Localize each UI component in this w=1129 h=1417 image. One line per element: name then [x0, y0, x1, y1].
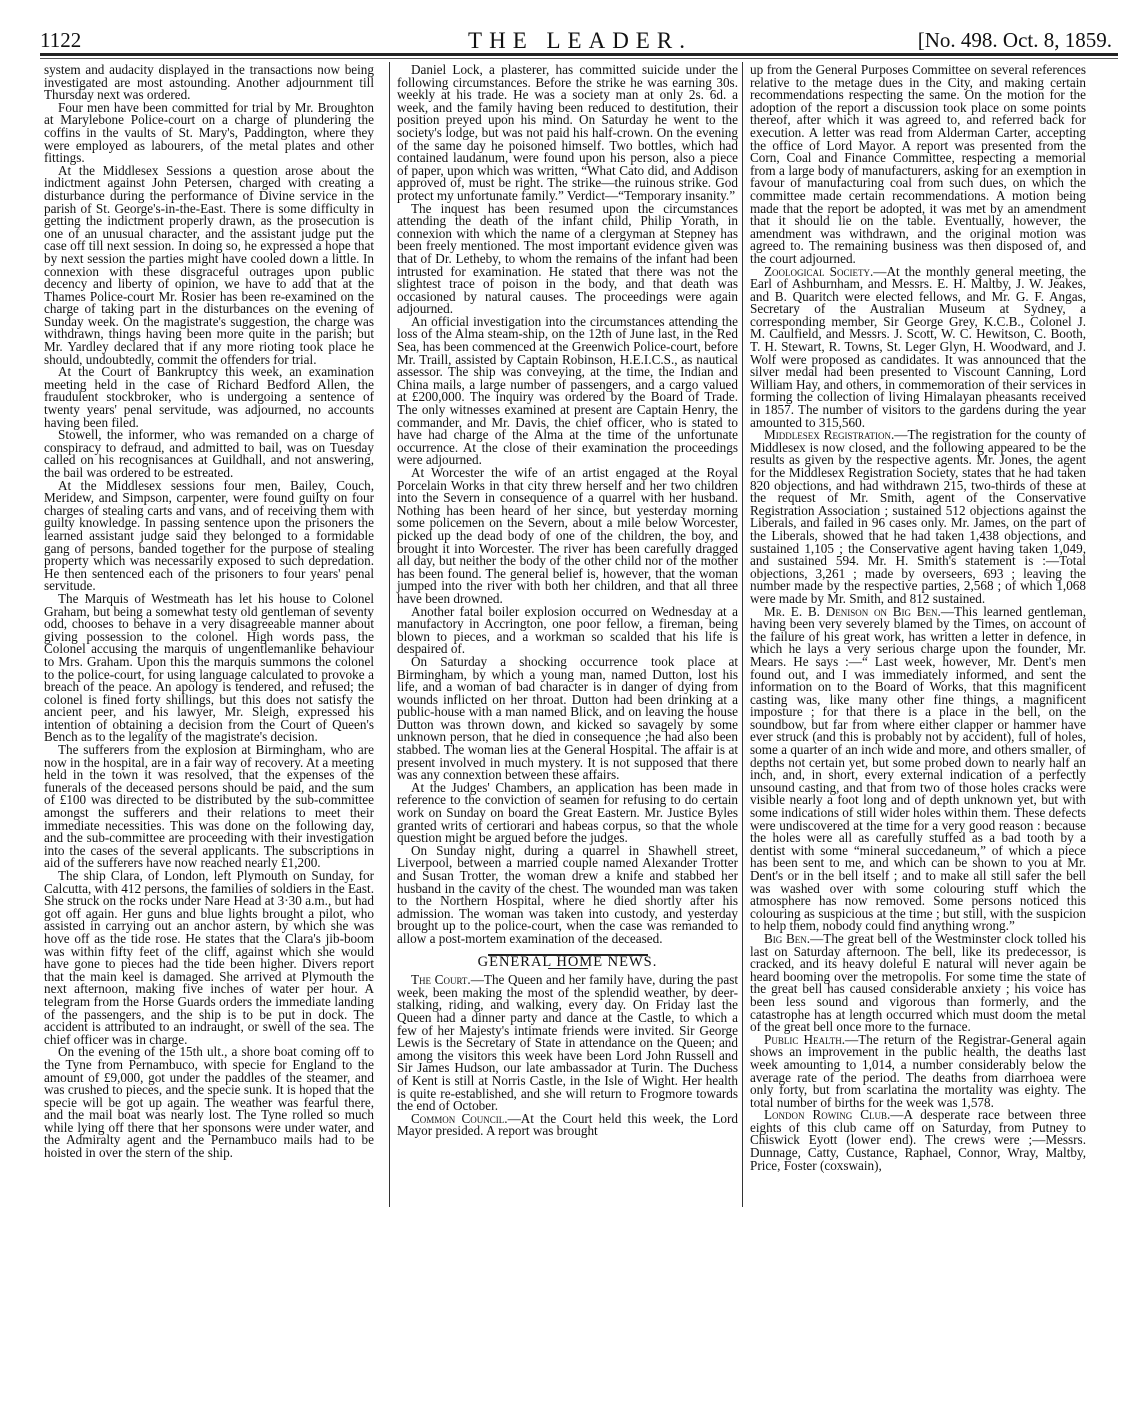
article-paragraph: On the evening of the 15th ult., a shore…: [44, 1046, 374, 1159]
article-paragraph: Common Council.—At the Court held this w…: [397, 1113, 738, 1138]
paragraph-text: —The registration for the county of Midd…: [750, 427, 1086, 606]
column-divider: [742, 62, 743, 1207]
paragraph-text: —At the monthly general meeting, the Ear…: [750, 264, 1086, 430]
issue-date: [No. 498. Oct. 8, 1859.: [918, 28, 1112, 53]
article-paragraph: Stowell, the informer, who was remanded …: [44, 429, 374, 479]
article-paragraph: On Saturday a shocking occurrence took p…: [397, 656, 738, 782]
article-paragraph: Daniel Lock, a plasterer, has committed …: [397, 64, 738, 203]
paragraph-text: —The great bell of the Westminster clock…: [750, 931, 1086, 1034]
masthead-rule: [40, 53, 1118, 56]
column-right: up from the General Purposes Committee o…: [750, 64, 1086, 1172]
article-paragraph: Big Ben.—The great bell of the Westminst…: [750, 933, 1086, 1034]
article-paragraph: Public Health.—The return of the Registr…: [750, 1034, 1086, 1110]
masthead: 1122 THE LEADER. [No. 498. Oct. 8, 1859.: [40, 28, 1120, 54]
paragraph-text: —The Queen and her family have, during t…: [397, 972, 738, 1113]
column-divider: [389, 62, 390, 1207]
article-paragraph: Middlesex Registration.—The registration…: [750, 429, 1086, 605]
article-paragraph: The sufferers from the explosion at Birm…: [44, 744, 374, 870]
article-paragraph: At Worcester the wife of an artist engag…: [397, 467, 738, 606]
article-paragraph: London Rowing Club.—A desperate race bet…: [750, 1109, 1086, 1172]
article-paragraph: Zoological Society.—At the monthly gener…: [750, 266, 1086, 430]
paragraph-text: —This learned gentleman, having been ver…: [750, 604, 1086, 934]
article-paragraph: The Court.—The Queen and her family have…: [397, 974, 738, 1113]
article-paragraph: up from the General Purposes Committee o…: [750, 64, 1086, 266]
article-paragraph: At the Court of Bankruptcy this week, an…: [44, 366, 374, 429]
section-heading: GENERAL HOME NEWS.: [397, 956, 738, 969]
article-paragraph: The inquest has been resumed upon the ci…: [397, 203, 738, 316]
article-paragraph: At the Middlesex sessions four men, Bail…: [44, 480, 374, 593]
article-paragraph: At the Judges' Chambers, an application …: [397, 782, 738, 845]
article-paragraph: On Sunday night, during a quarrel in Sha…: [397, 845, 738, 946]
column-middle: Daniel Lock, a plasterer, has committed …: [397, 64, 738, 1138]
article-paragraph: An official investigation into the circu…: [397, 316, 738, 467]
article-paragraph: Another fatal boiler explosion occurred …: [397, 606, 738, 656]
article-paragraph: Four men have been committed for trial b…: [44, 102, 374, 165]
article-paragraph: Mr. E. B. Denison on Big Ben.—This learn…: [750, 606, 1086, 933]
masthead-rule-thin: [40, 58, 1118, 59]
article-paragraph: system and audacity displayed in the tra…: [44, 64, 374, 102]
article-paragraph: At the Middlesex Sessions a question aro…: [44, 165, 374, 367]
article-paragraph: The Marquis of Westmeath has let his hou…: [44, 593, 374, 744]
column-left: system and audacity displayed in the tra…: [44, 64, 374, 1160]
paragraph-text: —The return of the Registrar-General aga…: [750, 1032, 1086, 1110]
article-paragraph: The ship Clara, of London, left Plymouth…: [44, 870, 374, 1046]
paragraph-text: up from the General Purposes Committee o…: [750, 62, 1086, 266]
